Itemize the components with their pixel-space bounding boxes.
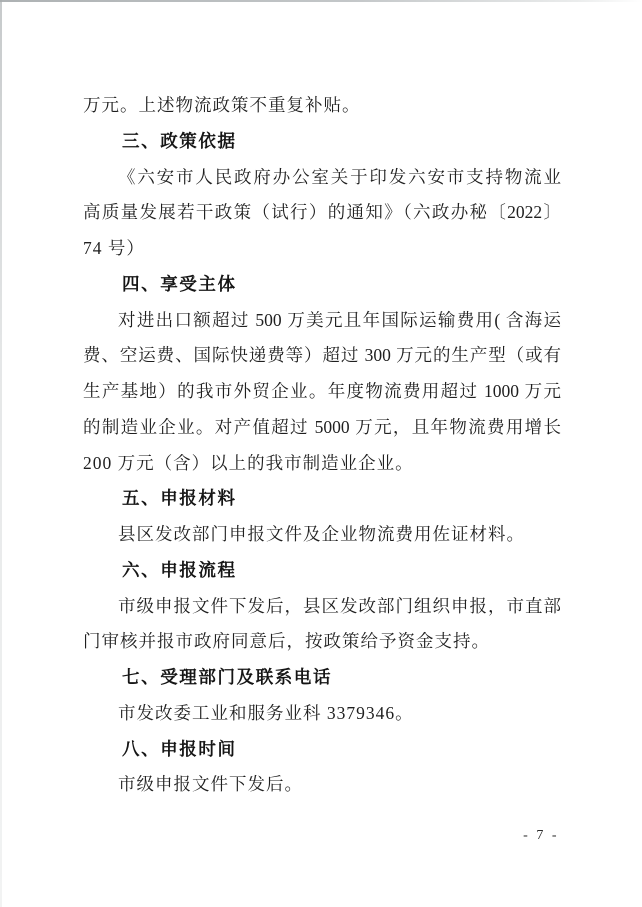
section-heading-contact-department: 七、受理部门及联系电话 bbox=[83, 660, 561, 696]
section-heading-policy-basis: 三、政策依据 bbox=[83, 124, 561, 160]
section-heading-application-time: 八、申报时间 bbox=[83, 732, 561, 768]
body-line: 市级申报文件下发后，县区发改部门组织申报，市直部 bbox=[83, 589, 561, 625]
body-line: 门审核并报市政府同意后，按政策给予资金支持。 bbox=[83, 624, 561, 660]
body-line: 市发改委工业和服务业科 3379346。 bbox=[83, 696, 561, 732]
document-page: 万元。上述物流政策不重复补贴。 三、政策依据 《六安市人民政府办公室关于印发六安… bbox=[0, 0, 642, 907]
section-heading-application-process: 六、申报流程 bbox=[83, 553, 561, 589]
body-line: 高质量发展若干政策（试行）的通知》（六政办秘〔2022〕 bbox=[83, 195, 561, 231]
scan-edge-top-line bbox=[0, 0, 642, 2]
body-line: 县区发改部门申报文件及企业物流费用佐证材料。 bbox=[83, 517, 561, 553]
body-line: 市级申报文件下发后。 bbox=[83, 767, 561, 803]
section-heading-beneficiaries: 四、享受主体 bbox=[83, 267, 561, 303]
body-line: 万元。上述物流政策不重复补贴。 bbox=[83, 88, 561, 124]
scan-edge-left-line bbox=[0, 0, 2, 907]
section-heading-application-materials: 五、申报材料 bbox=[83, 481, 561, 517]
page-number: - 7 - bbox=[523, 828, 559, 844]
body-line: 对进出口额超过 500 万美元且年国际运输费用( 含海运 bbox=[83, 303, 561, 339]
body-line: 生产基地）的我市外贸企业。年度物流费用超过 1000 万元 bbox=[83, 374, 561, 410]
document-body: 万元。上述物流政策不重复补贴。 三、政策依据 《六安市人民政府办公室关于印发六安… bbox=[83, 88, 561, 803]
body-line: 74 号） bbox=[83, 231, 561, 267]
body-line: 费、空运费、国际快递费等）超过 300 万元的生产型（或有 bbox=[83, 338, 561, 374]
body-line: 《六安市人民政府办公室关于印发六安市支持物流业 bbox=[83, 160, 561, 196]
body-line: 的制造业企业。对产值超过 5000 万元，且年物流费用增长 bbox=[83, 410, 561, 446]
body-line: 200 万元（含）以上的我市制造业企业。 bbox=[83, 446, 561, 482]
